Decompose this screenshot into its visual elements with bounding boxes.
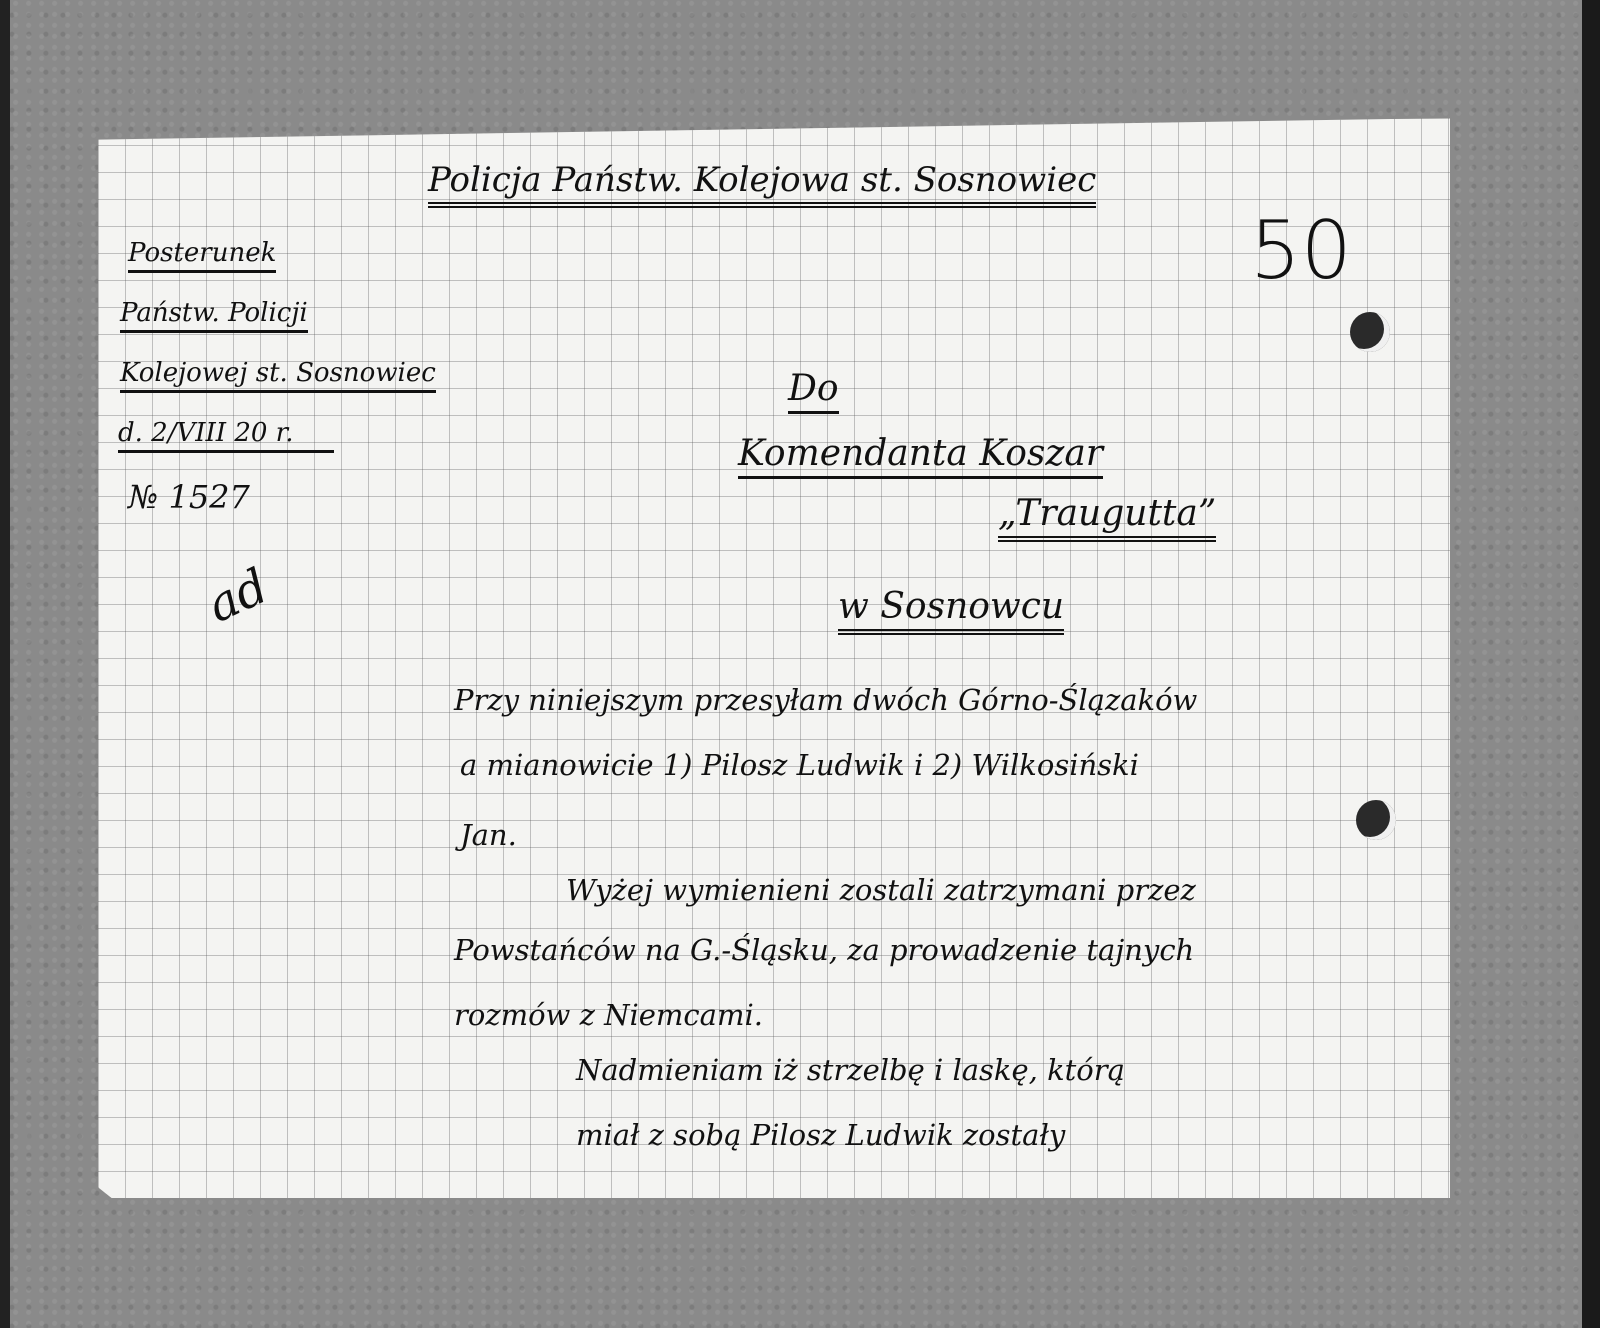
sender-line-2: Państw. Policji [120,298,308,333]
sender-date: d. 2/VIII 20 r. [118,418,334,453]
recipient-line-1: Komendanta Koszar [738,433,1103,479]
recipient-to: Do [788,368,839,414]
punch-hole-top [1350,312,1390,352]
scan-edge-right [1582,0,1600,1328]
body-line-3: Jan. [460,818,517,852]
sender-line-3: Kolejowej st. Sosnowiec [120,358,436,393]
body-line-4: Wyżej wymienieni zostali zatrzymani prze… [566,873,1196,907]
body-line-1: Przy niniejszym przesyłam dwóch Górno-Śl… [454,683,1197,717]
scan-edge-left [0,0,10,1328]
punch-hole-bottom [1356,800,1396,840]
document-number: № 1527 [128,478,250,516]
body-line-8: miał z sobą Pilosz Ludwik zostały [576,1118,1065,1152]
body-line-7: Nadmieniam iż strzelbę i laskę, którą [576,1053,1125,1087]
annotation-mark: ad [199,558,276,634]
recipient-line-2: „Traugutta” [998,493,1216,542]
page-number: 50 [1250,204,1352,297]
sender-line-1: Posterunek [128,238,276,273]
body-line-2: a mianowicie 1) Pilosz Ludwik i 2) Wilko… [460,748,1139,782]
body-line-6: rozmów z Niemcami. [454,998,763,1032]
recipient-line-3: w Sosnowcu [838,586,1064,635]
letter-paper: Policja Państw. Kolejowa st. Sosnowiec 5… [98,118,1450,1198]
body-line-5: Powstańców na G.-Śląsku, za prowadzenie … [454,933,1194,967]
header-title: Policja Państw. Kolejowa st. Sosnowiec [428,160,1096,208]
